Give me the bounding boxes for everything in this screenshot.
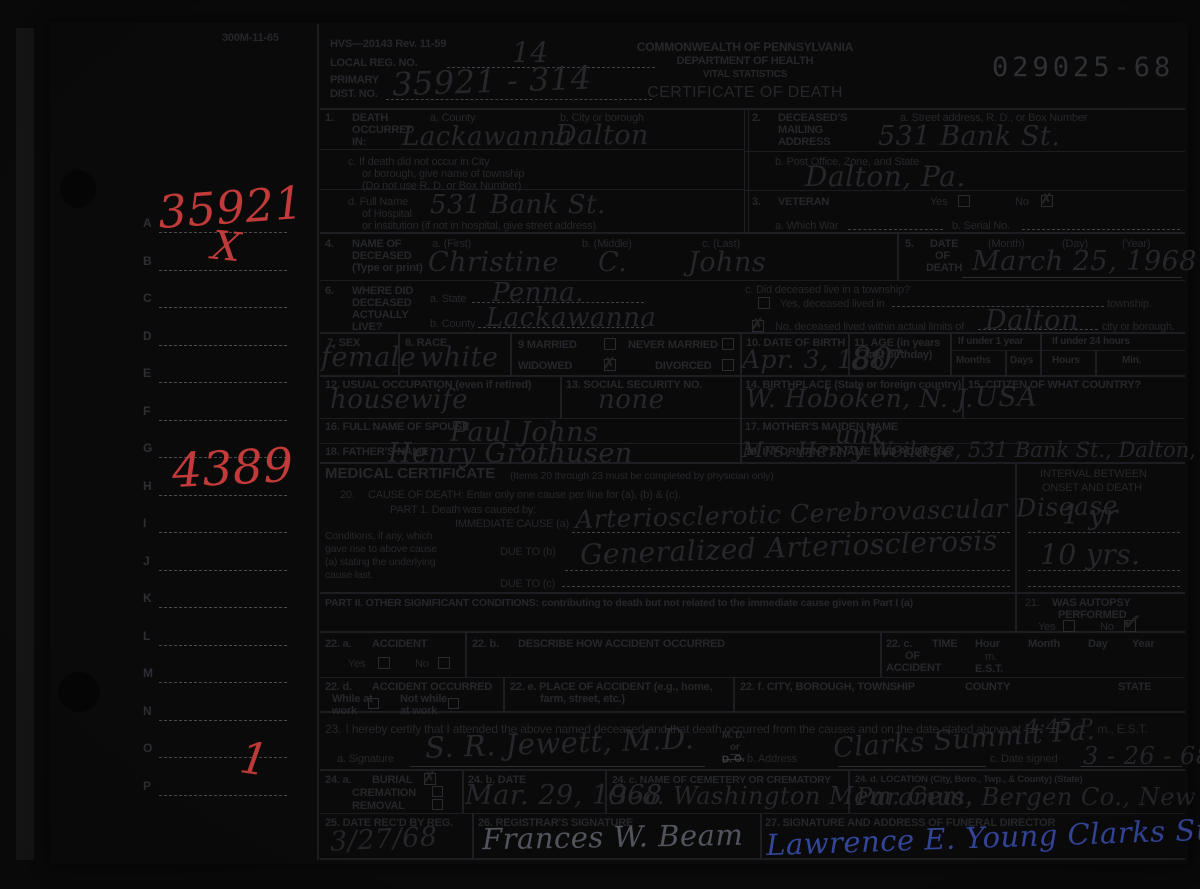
s2-label: ADDRESS <box>778 136 830 149</box>
conditions-label: (a) stating the underlying <box>325 556 435 569</box>
accident-yes-checkbox <box>378 657 390 669</box>
s3-yes-label: Yes <box>930 196 947 209</box>
check-mark: ✗ <box>1040 190 1053 208</box>
divider <box>320 375 1185 377</box>
stub-letter: B <box>143 254 152 268</box>
divider <box>880 631 882 677</box>
stub-letter: J <box>143 554 150 568</box>
middle-name-value: C. <box>598 247 627 278</box>
scanned-death-certificate: 300M-11-65 A B C D E F G H I J K L M N O… <box>0 0 1200 889</box>
stub-line <box>159 420 287 421</box>
divider <box>1040 332 1042 375</box>
interval-b-line <box>1028 570 1180 571</box>
s22c-label: TIME <box>932 638 957 651</box>
divider <box>897 232 899 280</box>
last-name-value: Johns <box>688 247 766 278</box>
s22f-state-label: STATE <box>1118 681 1151 694</box>
cause-c-line <box>562 586 1010 587</box>
stub-red-file-number: 4389 <box>171 438 295 499</box>
date-of-death-line <box>962 277 1182 278</box>
divider <box>740 375 742 418</box>
s9-widowed-label: WIDOWED <box>518 360 572 373</box>
department-title: DEPARTMENT OF HEALTH <box>590 55 900 68</box>
s16-label: 16. FULL NAME OF SPOUSE <box>325 421 469 434</box>
which-war-line <box>848 229 943 230</box>
address-line <box>838 766 986 767</box>
widowed-checkbox: ✗ <box>604 359 616 371</box>
stub-letter: A <box>143 216 152 230</box>
s11-months-label: Months <box>956 355 990 367</box>
s6-no-text: No, deceased lived within actual limits … <box>775 321 964 334</box>
never-married-checkbox <box>722 338 734 350</box>
stub-letter: C <box>143 291 152 305</box>
s6a-label: a. State <box>430 293 466 306</box>
conditions-label: Conditions, if any, which <box>325 530 432 543</box>
s3-num: 3. <box>752 196 761 209</box>
s4-num: 4. <box>325 238 334 251</box>
divider <box>950 350 1185 351</box>
veteran-no-checkbox: ✗ <box>1041 195 1053 207</box>
stub-letter: G <box>143 441 152 455</box>
divider <box>510 332 512 375</box>
date-signed-label: c. Date signed <box>990 753 1058 766</box>
s22a-num: 22. a. <box>325 638 351 651</box>
s20-label: CAUSE OF DEATH: Enter only one cause per… <box>368 489 681 502</box>
s6b-label: b. County <box>430 318 475 331</box>
s9-married-label: 9 MARRIED <box>518 339 577 352</box>
county-value: Lackawanna <box>486 303 656 333</box>
conditions-label: cause last. <box>325 569 373 582</box>
s24-removal-label: REMOVAL <box>352 800 405 813</box>
stub-letter: N <box>143 704 152 718</box>
occupation-value: housewife <box>330 385 468 415</box>
s11-days-label: Days <box>1010 355 1033 367</box>
race-value: white <box>420 342 498 373</box>
first-name-value: Christine <box>428 247 559 278</box>
due-to-c-label: DUE TO (c) <box>500 578 555 591</box>
autopsy-no-checkbox: ✓ <box>1124 620 1136 632</box>
stub-letter: O <box>143 741 152 755</box>
divider <box>733 677 735 711</box>
stub-letter: D <box>143 329 152 343</box>
due-to-b-label: DUE TO (b) <box>500 546 556 559</box>
part1-label: PART 1. Death was caused by: <box>390 504 536 517</box>
date-signed-line <box>1080 766 1182 767</box>
divider <box>744 108 745 232</box>
s24-cremation-label: CREMATION <box>352 787 416 800</box>
primary-label: PRIMARY <box>330 74 379 87</box>
s21-no-label: No <box>1100 621 1114 634</box>
stub-line <box>159 720 287 721</box>
s9-divorced-label: DIVORCED <box>655 360 711 373</box>
divider <box>320 858 1185 860</box>
divider <box>503 677 505 711</box>
s22a-no-label: No <box>415 658 429 671</box>
s6-city-suffix: city or borough. <box>1102 321 1175 334</box>
divider <box>320 108 1185 110</box>
sex-value: female <box>321 342 416 373</box>
s3-which-war-label: a. Which War <box>775 220 838 233</box>
s1b-value: Dalton <box>555 120 649 151</box>
s2a-value: 531 Bank St. <box>878 121 1060 152</box>
cremation-checkbox <box>432 786 443 797</box>
stub-line <box>159 795 287 796</box>
s22c-month-label: Month <box>1028 638 1060 651</box>
check-mark: ✗ <box>603 354 616 372</box>
autopsy-yes-checkbox <box>1063 620 1075 632</box>
s22e-label: farm, street, etc.) <box>540 693 625 706</box>
divider <box>1095 350 1097 375</box>
s6-num: 6. <box>325 285 334 298</box>
part2-label: PART II. OTHER SIGNIFICANT CONDITIONS: c… <box>325 597 913 610</box>
date-of-death-value: March 25, 1968 <box>972 246 1197 277</box>
divider <box>560 375 562 418</box>
divider <box>1015 462 1017 631</box>
s3-label: VETERAN <box>778 196 829 209</box>
punch-hole-top <box>60 170 96 208</box>
s11-under24h-label: If under 24 hours <box>1052 336 1130 348</box>
stub-line <box>159 645 287 646</box>
s11-under1yr-label: If under 1 year <box>958 336 1023 348</box>
removal-checkbox <box>432 799 443 810</box>
stub-line <box>159 345 287 346</box>
vital-statistics-title: VITAL STATISTICS <box>590 69 900 81</box>
stub-letter: K <box>143 591 152 605</box>
signature-label: a. Signature <box>337 753 394 766</box>
conditions-label: gave rise to above cause <box>325 543 437 556</box>
s22c-day-label: Day <box>1088 638 1108 651</box>
s22f-label: 22. f. CITY, BOROUGH, TOWNSHIP <box>740 681 915 694</box>
md-label: M. D. <box>722 730 745 742</box>
divider <box>320 280 1185 281</box>
divorced-checkbox <box>722 359 734 371</box>
commonwealth-title: COMMONWEALTH OF PENNSYLVANIA <box>590 40 900 54</box>
s11-min-label: Min. <box>1122 355 1141 367</box>
interval-label: INTERVAL BETWEEN <box>1040 468 1147 481</box>
s2-num: 2. <box>752 112 761 125</box>
cause-b-line <box>565 570 1010 571</box>
check-mark: ✗ <box>751 315 764 333</box>
medical-subtitle: (Items 20 through 23 must be completed b… <box>510 470 774 483</box>
s21-yes-label: Yes <box>1038 621 1055 634</box>
stub-letter: E <box>143 366 151 380</box>
s6c-label: c. Did deceased live in a township? <box>745 284 910 297</box>
stub-line <box>159 532 287 533</box>
registrar-signature: Frances W. Beam <box>482 818 744 857</box>
ssn-value: none <box>598 385 665 415</box>
stub-letter: P <box>143 779 151 793</box>
stub-line <box>159 682 287 683</box>
do-label-struck: D. O. <box>722 753 745 766</box>
s22b-num: 22. b. <box>472 638 499 651</box>
s20-num: 20. <box>340 489 355 502</box>
citizen-value: USA <box>975 382 1037 413</box>
informant-value: Mrs. Henry Weilage, 531 Bank St., Dalton… <box>742 438 1200 462</box>
township-no-checkbox: ✗ <box>752 320 764 332</box>
s5-label: DEATH <box>926 262 962 275</box>
stub-line <box>159 570 287 571</box>
interval-a-value: 1 yr <box>1062 500 1118 531</box>
punch-hole-bottom <box>58 672 100 712</box>
s1-num: 1. <box>325 112 334 125</box>
stub-letter: I <box>143 516 146 530</box>
age-value: 80 <box>851 340 893 378</box>
s11-hours-label: Hours <box>1052 355 1080 367</box>
s1d-value: 531 Bank St. <box>430 190 606 220</box>
s23-text: m., E.S.T. <box>1098 722 1148 736</box>
s22a-yes-label: Yes <box>348 658 365 671</box>
address-label: b. Address <box>747 753 797 766</box>
dist-no-value: 35921 - 314 <box>391 59 592 104</box>
s3-serial-label: b. Serial No. <box>952 220 1010 233</box>
s22c-year-label: Year <box>1132 638 1154 651</box>
s22c-label: ACCIDENT <box>886 662 941 675</box>
burial-checkbox: ✗ <box>424 773 436 785</box>
s21-num: 21. <box>1025 597 1040 610</box>
divider <box>748 108 749 232</box>
s2b-value: Dalton, Pa. <box>805 160 966 193</box>
s6-township-suffix: township. <box>1107 298 1152 311</box>
s23-num: 23. <box>325 722 341 736</box>
serial-no-line <box>1022 229 1180 230</box>
s9-never-label: NEVER MARRIED <box>628 339 718 352</box>
signature-line <box>410 766 705 767</box>
s22f-county-label: COUNTY <box>965 681 1010 694</box>
interval-c-line <box>1028 586 1180 587</box>
stub-line <box>159 307 287 308</box>
burial-location-value: Paramus, Bergen Co., New Jersey <box>856 783 1200 811</box>
birthplace-value: W. Hoboken, N. J. <box>746 384 974 413</box>
divider <box>760 813 762 858</box>
dist-no-label: DIST. NO. <box>330 88 378 101</box>
form-code: HVS—20143 Rev. 11-59 <box>330 38 446 51</box>
s22a-label: ACCIDENT <box>372 638 427 651</box>
township-yes-checkbox <box>758 297 770 309</box>
while-at-work-checkbox <box>368 698 379 709</box>
medical-certificate-title: MEDICAL CERTIFICATE <box>325 465 495 483</box>
check-mark: ✗ <box>423 768 436 786</box>
borough-line <box>978 329 1098 330</box>
check-mark: ✓ <box>1120 606 1144 638</box>
s24-burial-label: BURIAL <box>372 774 412 787</box>
accident-no-checkbox <box>438 657 450 669</box>
s6-yes-text: Yes, deceased lived in <box>780 298 885 311</box>
stub-line <box>159 270 287 271</box>
binding-edge <box>16 28 34 860</box>
divider <box>320 677 1185 678</box>
s24a-num: 24. a. <box>325 774 351 787</box>
s4-label: (Type or print) <box>352 262 423 275</box>
stub-letter: M <box>143 666 153 680</box>
stub-letter: L <box>143 629 150 643</box>
s1d-label: or institution (if not in hospital, give… <box>362 220 596 233</box>
stub-letter: H <box>143 479 152 493</box>
divider <box>320 592 1185 594</box>
divider <box>320 769 1185 771</box>
stub-divider <box>317 24 319 860</box>
s1a-value: Lackawanna <box>402 122 572 152</box>
immediate-cause-label: IMMEDIATE CAUSE (a) <box>455 518 569 531</box>
married-checkbox <box>604 338 616 350</box>
interval-b-value: 10 yrs. <box>1040 538 1141 571</box>
divider <box>472 813 474 858</box>
s22c-hour-label: Hour <box>975 638 1000 651</box>
s1-label: IN: <box>352 136 366 149</box>
divider <box>320 813 1185 814</box>
borough-value: Dalton <box>985 305 1079 336</box>
s3-no-label: No <box>1015 196 1029 209</box>
not-while-at-work-checkbox <box>448 698 459 709</box>
interval-a-line <box>1028 532 1180 533</box>
stub-letter: F <box>143 404 150 418</box>
stub-red-x-mark: X <box>210 223 244 272</box>
stub-print-code: 300M-11-65 <box>222 32 279 45</box>
divider <box>465 631 467 677</box>
veteran-yes-checkbox <box>958 195 970 207</box>
s22b-label: DESCRIBE HOW ACCIDENT OCCURRED <box>518 638 725 651</box>
stub-line <box>159 607 287 608</box>
divider <box>462 769 464 813</box>
state-file-number-stamp: 029025-68 <box>992 52 1174 83</box>
s5-num: 5. <box>905 238 914 251</box>
s22c-est-label: E.S.T. <box>975 663 1003 676</box>
divider <box>950 332 952 375</box>
stub-line <box>159 382 287 383</box>
s6-label: LIVE? <box>352 321 382 334</box>
certificate-title: CERTIFICATE OF DEATH <box>590 83 900 102</box>
date-received-value: 3/27/68 <box>329 821 438 858</box>
divider <box>1005 350 1007 375</box>
